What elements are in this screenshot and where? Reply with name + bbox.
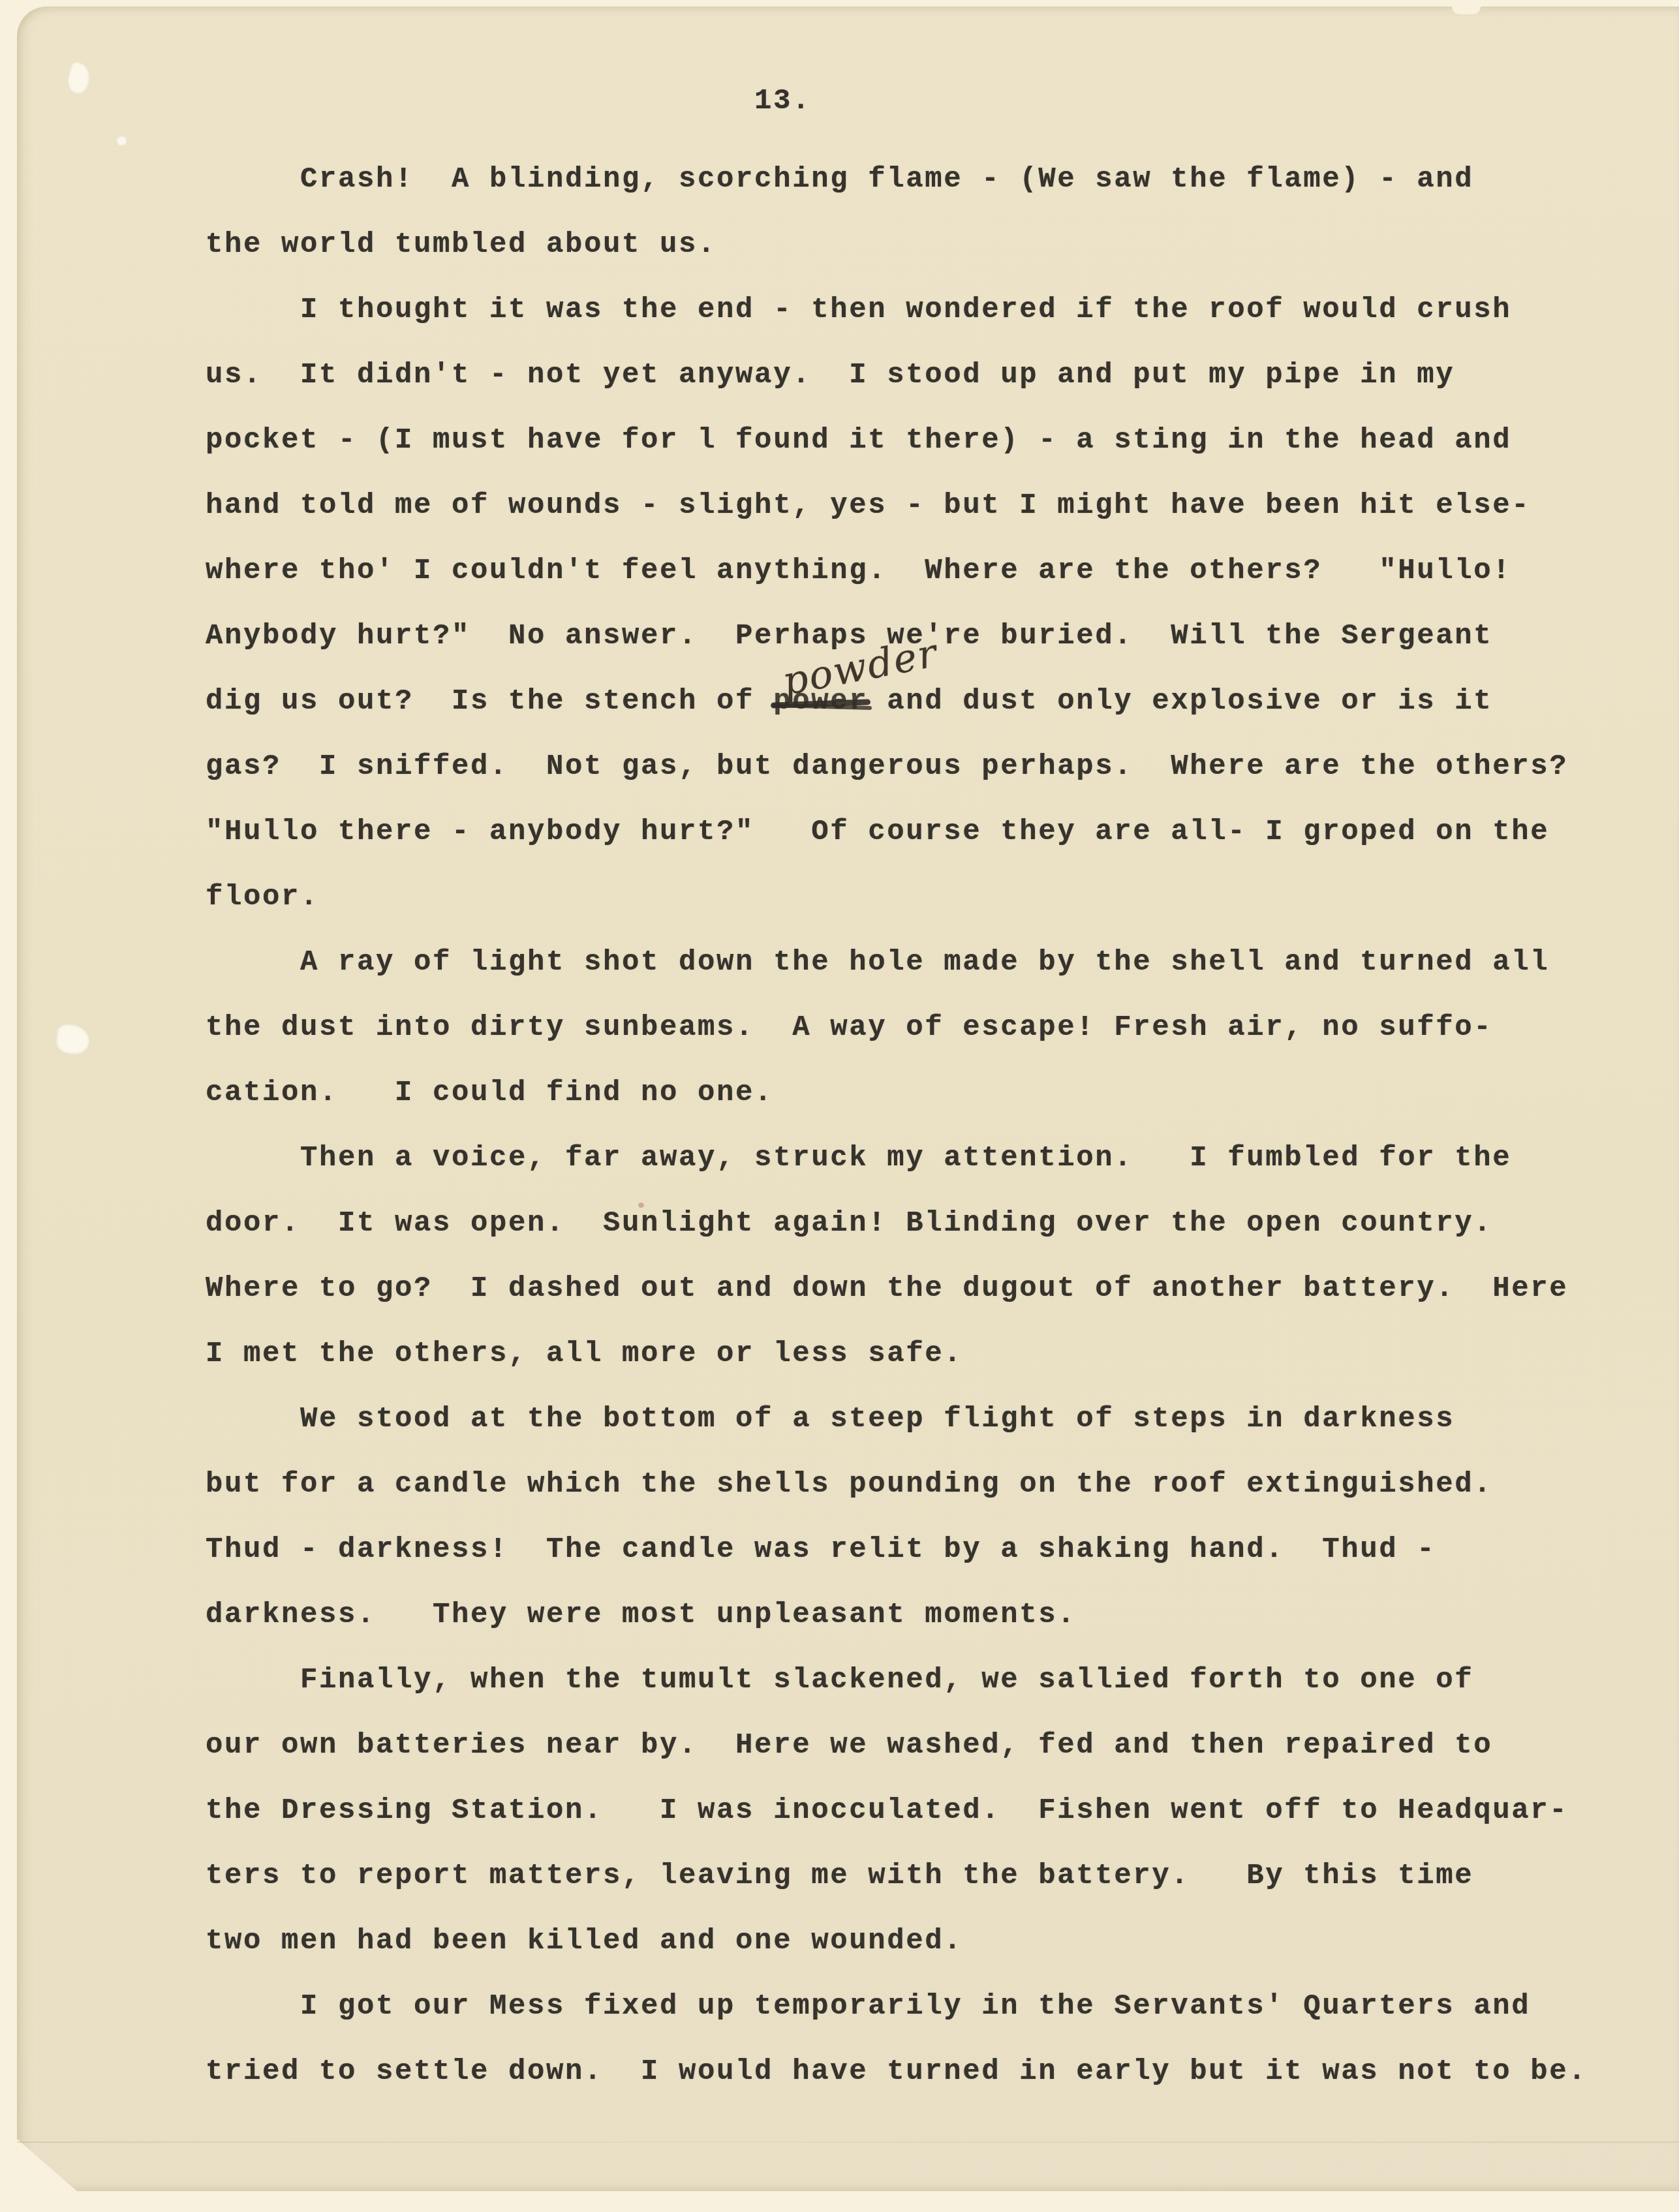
typewritten-line: our own batteries near by. Here we washe…	[206, 1713, 1587, 1778]
typewritten-line: us. It didn't - not yet anyway. I stood …	[206, 343, 1587, 408]
typewritten-line: two men had been killed and one wounded.	[206, 1909, 1587, 1974]
typewritten-line: Then a voice, far away, struck my attent…	[206, 1126, 1587, 1191]
typewritten-line: floor.	[206, 865, 1587, 930]
typewritten-line: darkness. They were most unpleasant mome…	[206, 1582, 1587, 1648]
typewritten-line: but for a candle which the shells poundi…	[206, 1452, 1587, 1517]
paper-chip	[55, 1022, 92, 1056]
typewritten-line: We stood at the bottom of a steep flight…	[206, 1387, 1587, 1452]
typewritten-line: pocket - (I must have for l found it the…	[206, 408, 1587, 473]
typewritten-line: where tho' I couldn't feel anything. Whe…	[206, 538, 1587, 604]
typewritten-line: A ray of light shot down the hole made b…	[206, 930, 1587, 995]
typewritten-line: gas? I sniffed. Not gas, but dangerous p…	[206, 734, 1587, 799]
typewritten-line: the dust into dirty sunbeams. A way of e…	[206, 995, 1587, 1060]
typewritten-line: the Dressing Station. I was inocculated.…	[206, 1778, 1587, 1843]
paper-crease	[17, 2142, 1679, 2143]
page-number: 13.	[754, 85, 811, 117]
typewritten-line: tried to settle down. I would have turne…	[206, 2039, 1587, 2104]
paper-chip	[116, 135, 129, 147]
typewritten-line: Finally, when the tumult slackened, we s…	[206, 1648, 1587, 1713]
typewritten-line: door. It was open. Sunlight again! Blind…	[206, 1191, 1587, 1256]
typewritten-line: hand told me of wounds - slight, yes - b…	[206, 473, 1587, 538]
typewritten-line: the world tumbled about us.	[206, 212, 1587, 277]
typewritten-line: I met the others, all more or less safe.	[206, 1321, 1587, 1387]
paper-chip	[64, 60, 93, 96]
line-segment: dig us out? Is the stench of	[206, 685, 773, 718]
typewritten-line: Thud - darkness! The candle was relit by…	[206, 1517, 1587, 1582]
typewritten-line: I thought it was the end - then wondered…	[206, 277, 1587, 343]
paper-edge-notch	[1452, 7, 1481, 14]
typewritten-line: cation. I could find no one.	[206, 1060, 1587, 1126]
typewritten-line: "Hullo there - anybody hurt?" Of course …	[206, 799, 1587, 865]
typewritten-line: I got our Mess fixed up temporarily in t…	[206, 1974, 1587, 2039]
line-segment: and dust only explosive or is it	[868, 685, 1492, 718]
document-body: Crash! A blinding, scorching flame - (We…	[206, 147, 1587, 2104]
typewritten-line: Where to go? I dashed out and down the d…	[206, 1256, 1587, 1321]
typewritten-line: ters to report matters, leaving me with …	[206, 1843, 1587, 1909]
typewritten-line: Crash! A blinding, scorching flame - (We…	[206, 147, 1587, 212]
